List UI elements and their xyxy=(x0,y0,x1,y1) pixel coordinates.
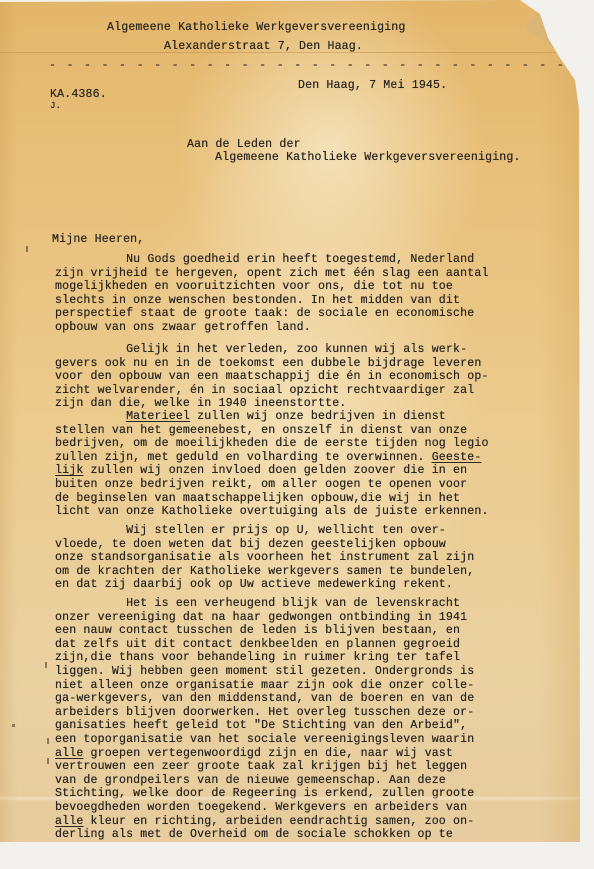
underlined-word: lijk xyxy=(55,464,83,477)
paragraph-line: perspectief staat de groote taak: de soc… xyxy=(55,307,489,321)
letterhead-address: Alexanderstraat 7, Den Haag. xyxy=(164,40,363,53)
paragraph-line: onzer vereeniging dat na haar gedwongen … xyxy=(55,611,481,625)
paragraph-line: slechts in onze wenschen bestonden. In h… xyxy=(55,294,489,308)
paragraph-line: Gelijk in het verleden, zoo kunnen wij a… xyxy=(55,343,489,357)
reference-mark: J. xyxy=(50,100,61,113)
paragraph-line: stellen van het gemeenebest, en onszelf … xyxy=(55,424,489,438)
paragraph-line: lijk zullen wij onzen invloed doen gelde… xyxy=(55,464,489,478)
paragraph-line: bevoegdheden worden toegekend. Werkgever… xyxy=(55,801,481,815)
margin-mark xyxy=(45,662,47,668)
paragraph-line: om de krachten der Katholieke werkgevers… xyxy=(55,565,474,579)
paragraph-line: ga-werkgevers, van den middenstand, van … xyxy=(55,692,481,706)
margin-mark xyxy=(12,724,15,727)
paragraph: Gelijk in het verleden, zoo kunnen wij a… xyxy=(55,343,489,411)
paragraph-line: Nu Gods goedheid erin heeft toegestemd, … xyxy=(55,253,489,267)
paragraph-line: mogelijkheden en vooruitzichten voor ons… xyxy=(55,280,489,294)
paragraph-line: bedrijven, om de moeilijkheden die de ee… xyxy=(55,437,489,451)
paragraph-line: en dat zij daarbij ook op Uw actieve med… xyxy=(55,578,474,592)
paragraph-line: opbouw van ons zwaar getroffen land. xyxy=(55,321,489,335)
underlined-word: Geeste- xyxy=(432,451,482,464)
paragraph-line: niet alleen onze organisatie maar zijn o… xyxy=(55,679,481,693)
paragraph-line: alle groepen vertegenwoordigd zijn en di… xyxy=(55,747,481,761)
underlined-word: alle xyxy=(55,747,83,760)
paragraph: Het is een verheugend blijk van de leven… xyxy=(55,597,481,842)
letterhead-organization: Algemeene Katholieke Werkgeversvereenigi… xyxy=(107,21,406,34)
paragraph-line: ganisaties heeft geleid tot "De Stichtin… xyxy=(55,719,481,733)
paragraph-line: gevers ook nu en in de toekomst een dubb… xyxy=(55,357,489,371)
margin-mark xyxy=(26,246,28,252)
paragraph-line: arbeiders blijven doorwerken. Het overle… xyxy=(55,706,481,720)
paragraph-line: voor den opbouw van een maatschappij die… xyxy=(55,370,489,384)
paragraph-line: zijn dan die, welke in 1940 ineenstortte… xyxy=(55,397,489,411)
paragraph-line: derling als met de Overheid om de social… xyxy=(55,828,481,842)
paragraph-line: zicht welvarender, én in sociaal opzicht… xyxy=(55,384,489,398)
date-line: Den Haag, 7 Mei 1945. xyxy=(298,79,447,92)
paragraph-line: de beginselen van maatschappelijken opbo… xyxy=(55,492,489,506)
paragraph-line: van de grondpeilers van de nieuwe gemeen… xyxy=(55,774,481,788)
addressee-line-2: Algemeene Katholieke Werkgeversvereenigi… xyxy=(215,151,521,164)
letterhead-separator: - - - - - - - - - - - - - - - - - - - - … xyxy=(49,59,566,72)
underlined-word: alle xyxy=(55,815,83,828)
paragraph-line: dat zelfs uit dit contact denkbeelden en… xyxy=(55,638,481,652)
paragraph-line: zullen zijn, met geduld en volharding te… xyxy=(55,451,489,465)
paragraph-line: zijn vrijheid te hergeven, opent zich me… xyxy=(55,267,489,281)
paragraph-line: Het is een verheugend blijk van de leven… xyxy=(55,597,481,611)
paragraph-line: buiten onze bedrijven reikt, om aller oo… xyxy=(55,478,489,492)
paragraph-line: Stichting, welke door de Regeering is er… xyxy=(55,787,481,801)
paragraph-line: een toporganisatie van het sociale veree… xyxy=(55,733,481,747)
paragraph: Wij stellen er prijs op U, wellicht ten … xyxy=(55,524,474,592)
paragraph: Materieel zullen wij onze bedrijven in d… xyxy=(55,410,489,519)
paragraph-line: Materieel zullen wij onze bedrijven in d… xyxy=(55,410,489,424)
letter-page: Algemeene Katholieke Werkgeversvereenigi… xyxy=(0,0,580,842)
paragraph-line: licht van onze Katholieke overtuiging al… xyxy=(55,505,489,519)
margin-mark xyxy=(47,738,49,744)
underlined-word: Materieel xyxy=(126,410,190,423)
paragraph-line: alle kleur en richting, arbeiden eendrac… xyxy=(55,815,481,829)
paragraph: Nu Gods goedheid erin heeft toegestemd, … xyxy=(55,253,489,335)
paragraph-line: liggen. Wij hebben geen moment stil geze… xyxy=(55,665,481,679)
margin-mark xyxy=(47,758,49,764)
paragraph-line: een nauw contact tusschen de leden is bl… xyxy=(55,624,481,638)
paragraph-line: vertrouwen een zeer groote taak zal krij… xyxy=(55,760,481,774)
paragraph-line: zijn,die thans voor behandeling in ruime… xyxy=(55,651,481,665)
folded-corner xyxy=(525,0,583,52)
salutation: Mijne Heeren, xyxy=(52,233,144,246)
addressee-line-1: Aan de Leden der xyxy=(187,138,301,151)
paragraph-line: vloede, te doen weten dat bij dezen gees… xyxy=(55,538,474,552)
paragraph-line: onze standsorganisatie als voorheen het … xyxy=(55,551,474,565)
paragraph-line: Wij stellen er prijs op U, wellicht ten … xyxy=(55,524,474,538)
